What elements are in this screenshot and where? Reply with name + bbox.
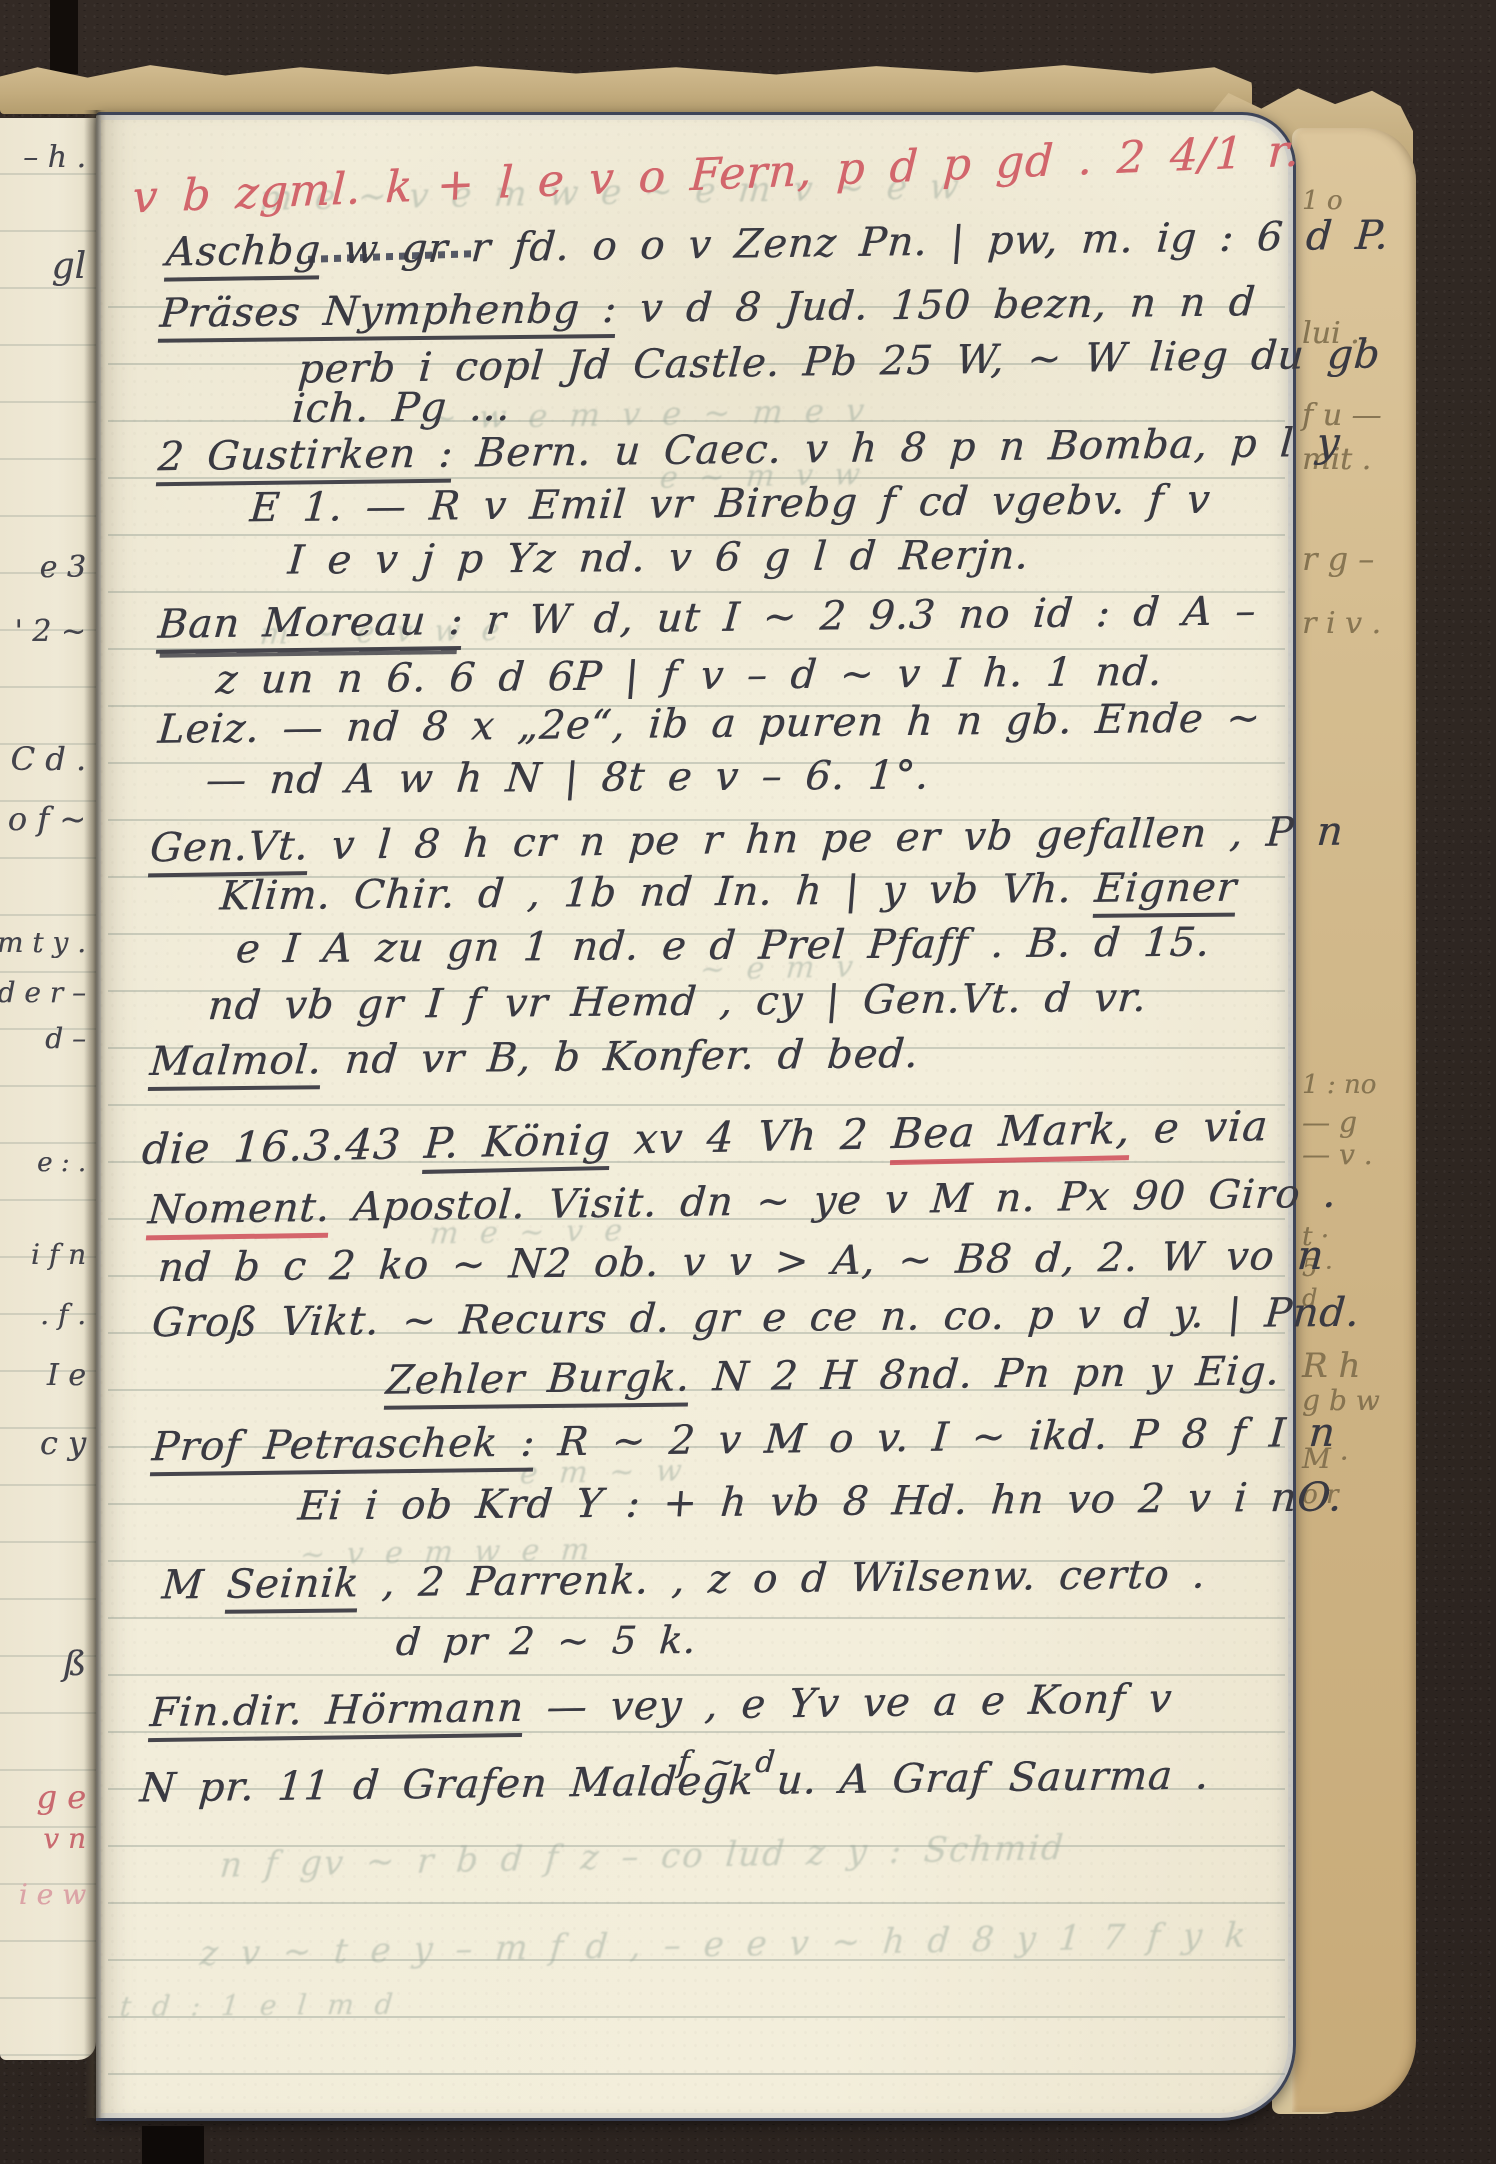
handwriting-keyword: Noment. xyxy=(146,1185,332,1241)
margin-fragment-left: – h . xyxy=(23,140,86,175)
handwriting-line: — nd A w h N | 8t e v – 6. 1°. xyxy=(204,752,931,803)
handwriting-keyword: Ban Moreau : xyxy=(156,598,465,654)
handwriting-segment: nd vr B, b Konfer. d bed. xyxy=(320,1031,920,1083)
handwriting-segment: Leiz. xyxy=(156,706,261,753)
handwriting-line: Klim. Chir. d , 1b nd In. h | y vb Vh. E… xyxy=(218,865,1238,920)
margin-fragment-right: — g xyxy=(1302,1106,1357,1139)
margin-fragment-left: ' 2 ~ xyxy=(14,614,86,649)
handwriting-segment: R ~ 2 v M o v. I ~ ikd. P 8 f I n xyxy=(534,1410,1338,1466)
notebook-scan: 1 olui ..f u —mit .r g –r i v .1 : no— g… xyxy=(0,0,1496,2164)
handwriting-keyword: Fin.dir. Hörmann xyxy=(148,1685,526,1742)
margin-fragment-right: r g – xyxy=(1302,540,1374,578)
margin-fragment-right: 1 : no xyxy=(1302,1070,1376,1100)
handwriting-keyword: Eigner xyxy=(1092,865,1238,918)
handwriting-keyword: P. König xyxy=(422,1115,612,1174)
handwriting-segment: I e v j p Yz nd. v 6 g l d Rerjn. xyxy=(286,532,1031,583)
book-gutter-crease xyxy=(84,110,106,2118)
handwriting-keyword: Malmol. xyxy=(148,1037,324,1091)
bleedthrough-line: t d : 1 e l m d xyxy=(118,1988,396,2023)
margin-fragment-left: i e w xyxy=(19,1878,86,1911)
book-spine-shadow-bottom xyxy=(142,2126,204,2164)
previous-page-edge: – h .gle 3' 2 ~C d .o f ~m t y .d e r –d… xyxy=(0,118,96,2060)
margin-fragment-left: C d . xyxy=(11,740,86,778)
handwriting-segment: ich. Pg ... xyxy=(290,384,512,432)
margin-fragment-left: o f ~ xyxy=(8,800,86,838)
handwriting-line: Malmol. nd vr B, b Konfer. d bed. xyxy=(148,1031,920,1085)
margin-fragment-left: v n xyxy=(43,1822,86,1855)
handwriting-keyword: 2 Gustirken : xyxy=(156,431,455,487)
handwriting-segment: , 2 Parrenk. , z o d Wilsenw. certo . xyxy=(358,1552,1208,1607)
handwriting-line: e I A zu gn 1 nd. e d Prel Pfaff . B. d … xyxy=(234,920,1212,973)
handwriting-line: z un n 6. 6 d 6P | f v – d ~ v I h. 1 nd… xyxy=(214,649,1164,703)
handwriting-line: I e v j p Yz nd. v 6 g l d Rerjn. xyxy=(286,532,1031,583)
margin-fragment-right: — v . xyxy=(1302,1138,1373,1171)
handwriting-segment: N 2 H 8nd. Pn pn y Eig. xyxy=(689,1348,1282,1400)
handwriting-keyword: Prof Petraschek : xyxy=(150,1420,537,1477)
handwriting-segment: Klim. Chir. d , 1b nd In. h | y vb Vh. xyxy=(218,866,1096,920)
handwriting-segment: xv 4 Vh 2 xyxy=(609,1109,893,1164)
page-deckle-edge-top xyxy=(0,62,1252,114)
handwriting-segment: r W d, ut I ~ 2 9.3 no id : d A – xyxy=(462,588,1258,644)
handwriting-segment: — nd A w h N | 8t e v – 6. 1°. xyxy=(204,752,931,803)
margin-fragment-left: d e r – xyxy=(0,976,86,1009)
handwriting-segment: E 1. — R v Emil vr Birebg f cd vgebv. f … xyxy=(248,477,1212,531)
margin-fragment-left: gl xyxy=(51,246,86,287)
margin-fragment-left: ß xyxy=(63,1644,86,1684)
margin-fragment-right: R h xyxy=(1302,1346,1360,1386)
margin-fragment-left: e 3 xyxy=(40,550,86,585)
handwriting-segment: e I A zu gn 1 nd. e d Prel Pfaff . B. d … xyxy=(234,920,1212,973)
handwriting-keyword: Bea Mark, xyxy=(889,1104,1132,1165)
margin-fragment-left: I e xyxy=(47,1358,86,1393)
handwriting-keyword: Präses Nymphenbg : xyxy=(158,286,619,343)
handwriting-line: nd vb gr I f vr Hemd , cy | Gen.Vt. d vr… xyxy=(206,975,1148,1029)
margin-fragment-left: i f n xyxy=(31,1238,86,1271)
handwriting-segment: z un n 6. 6 d 6P | f v – d ~ v I h. 1 nd… xyxy=(214,649,1164,703)
handwriting-segment: Ei i ob Krd Y : + h vb 8 Hd. hn vo 2 v i… xyxy=(296,1474,1344,1529)
handwriting-line: d pr 2 ~ 5 k. xyxy=(394,1618,698,1664)
handwriting-line: E 1. — R v Emil vr Birebg f cd vgebv. f … xyxy=(248,477,1212,531)
handwriting-segment: — vey , e Yv ve a e Konf v xyxy=(522,1676,1174,1731)
margin-fragment-left: . f . xyxy=(40,1298,86,1331)
handwriting-line: ich. Pg ... xyxy=(290,384,512,432)
handwriting-keyword: Seinik xyxy=(224,1560,361,1613)
margin-fragment-right: r i v . xyxy=(1302,606,1381,641)
handwriting-keyword: Aschbg xyxy=(164,227,323,281)
handwriting-line: Zehler Burgk. N 2 H 8nd. Pn pn y Eig. xyxy=(384,1348,1281,1403)
margin-fragment-left: m t y . xyxy=(0,926,86,959)
handwriting-keyword: Gen.Vt. xyxy=(148,823,311,877)
margin-fragment-left: d – xyxy=(45,1022,86,1055)
book-spine-shadow-top xyxy=(50,0,78,74)
margin-fragment-left: c y xyxy=(40,1424,86,1462)
margin-fragment-right: 1 o xyxy=(1302,186,1342,216)
handwriting-segment: v d 8 Jud. 150 bezn, n n d xyxy=(615,279,1257,332)
handwriting-line: Ei i ob Krd Y : + h vb 8 Hd. hn vo 2 v i… xyxy=(296,1474,1344,1529)
notebook-page: m e ~ v e m w e ~ e m v ~ e w~ w e m v e… xyxy=(96,112,1296,2121)
handwriting-segment: die 16.3.43 xyxy=(140,1119,425,1174)
handwriting-segment: d pr 2 ~ 5 k. xyxy=(394,1618,698,1664)
margin-fragment-left: e : . xyxy=(37,1148,86,1178)
margin-fragment-left: g e xyxy=(36,1778,86,1816)
handwriting-segment: nd vb gr I f vr Hemd , cy | Gen.Vt. d vr… xyxy=(206,975,1148,1029)
handwriting-keyword: Zehler Burgk. xyxy=(384,1354,692,1409)
handwriting-segment: e via xyxy=(1129,1101,1270,1153)
handwriting-segment: M xyxy=(160,1562,228,1609)
